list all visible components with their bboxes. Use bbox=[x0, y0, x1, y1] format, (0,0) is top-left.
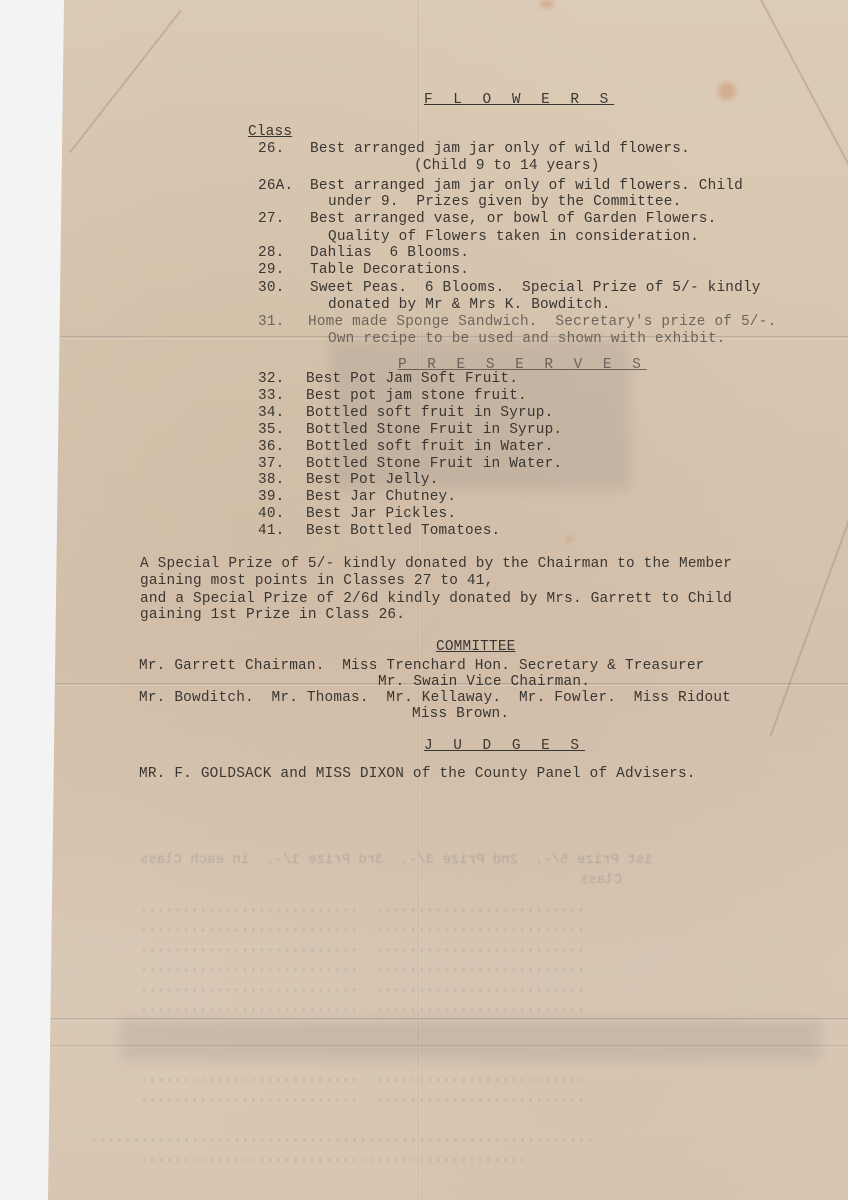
class-number: 26A. bbox=[258, 178, 293, 195]
class-number: 27. bbox=[258, 211, 285, 228]
class-number: 26. bbox=[258, 141, 285, 158]
entry-line: Best arranged jam jar only of wild flowe… bbox=[310, 178, 743, 195]
entry-line: Bottled soft fruit in Water. bbox=[306, 439, 553, 456]
paper-sheet: 1st Prize 5/-. 2nd Prize 3/-. 3rd Prize … bbox=[0, 0, 848, 1200]
fold-crease-diagonal bbox=[69, 10, 181, 153]
class-number: 31. bbox=[258, 314, 285, 331]
committee-line: Mr. Garrett Chairman. Miss Trenchard Hon… bbox=[139, 658, 705, 675]
entry-line: Dahlias 6 Blooms. bbox=[310, 245, 469, 262]
rust-stain bbox=[566, 536, 572, 542]
entry-line: Own recipe to be used and shown with exh… bbox=[328, 331, 726, 348]
entry-line: Best Jar Chutney. bbox=[306, 489, 456, 506]
entry-line: Quality of Flowers taken in consideratio… bbox=[328, 229, 699, 246]
class-number: 33. bbox=[258, 388, 285, 405]
class-number: 28. bbox=[258, 245, 285, 262]
flowers-heading: F L O W E R S bbox=[424, 92, 614, 109]
class-number: 30. bbox=[258, 280, 285, 297]
entry-line: donated by Mr & Mrs K. Bowditch. bbox=[328, 297, 611, 314]
class-column-label: Class bbox=[248, 124, 292, 141]
entry-line: Best pot jam stone fruit. bbox=[306, 388, 527, 405]
class-number: 29. bbox=[258, 262, 285, 279]
entry-line: (Child 9 to 14 years) bbox=[414, 158, 600, 175]
paragraph-line: A Special Prize of 5/- kindly donated by… bbox=[140, 556, 732, 573]
class-number: 32. bbox=[258, 371, 285, 388]
entry-line: Sweet Peas. 6 Blooms. Special Prize of 5… bbox=[310, 280, 761, 297]
rust-stain bbox=[718, 82, 736, 100]
class-number: 34. bbox=[258, 405, 285, 422]
class-number: 41. bbox=[258, 523, 285, 540]
entry-line: Table Decorations. bbox=[310, 262, 469, 279]
fold-crease-diagonal bbox=[769, 520, 848, 737]
committee-heading: COMMITTEE bbox=[436, 639, 516, 656]
entry-line: Best Pot Jam Soft Fruit. bbox=[306, 371, 518, 388]
entry-line: Best Bottled Tomatoes. bbox=[306, 523, 500, 540]
class-number: 36. bbox=[258, 439, 285, 456]
rust-stain bbox=[540, 0, 554, 8]
entry-line: Bottled Stone Fruit in Syrup. bbox=[306, 422, 562, 439]
water-smudge bbox=[120, 1020, 820, 1060]
entry-line: under 9. Prizes given by the Committee. bbox=[328, 194, 681, 211]
entry-line: Best Pot Jelly. bbox=[306, 472, 439, 489]
class-number: 35. bbox=[258, 422, 285, 439]
entry-line: Bottled soft fruit in Syrup. bbox=[306, 405, 553, 422]
class-number: 40. bbox=[258, 506, 285, 523]
class-number: 37. bbox=[258, 456, 285, 473]
entry-line: Home made Sponge Sandwich. Secretary's p… bbox=[308, 314, 776, 331]
committee-line: Miss Brown. bbox=[412, 706, 509, 723]
judges-heading: J U D G E S bbox=[424, 738, 585, 755]
class-number: 39. bbox=[258, 489, 285, 506]
committee-line: Mr. Bowditch. Mr. Thomas. Mr. Kellaway. … bbox=[139, 690, 731, 707]
entry-line: Best Jar Pickles. bbox=[306, 506, 456, 523]
judges-line: MR. F. GOLDSACK and MISS DIXON of the Co… bbox=[139, 766, 696, 783]
paragraph-line: and a Special Prize of 2/6d kindly donat… bbox=[140, 591, 732, 608]
committee-line: Mr. Swain Vice Chairman. bbox=[378, 674, 590, 691]
entry-line: Bottled Stone Fruit in Water. bbox=[306, 456, 562, 473]
entry-line: Best arranged vase, or bowl of Garden Fl… bbox=[310, 211, 716, 228]
class-number: 38. bbox=[258, 472, 285, 489]
paragraph-line: gaining 1st Prize in Class 26. bbox=[140, 607, 405, 624]
entry-line: Best arranged jam jar only of wild flowe… bbox=[310, 141, 690, 158]
paragraph-line: gaining most points in Classes 27 to 41, bbox=[140, 573, 493, 590]
fold-crease-diagonal bbox=[760, 0, 848, 230]
